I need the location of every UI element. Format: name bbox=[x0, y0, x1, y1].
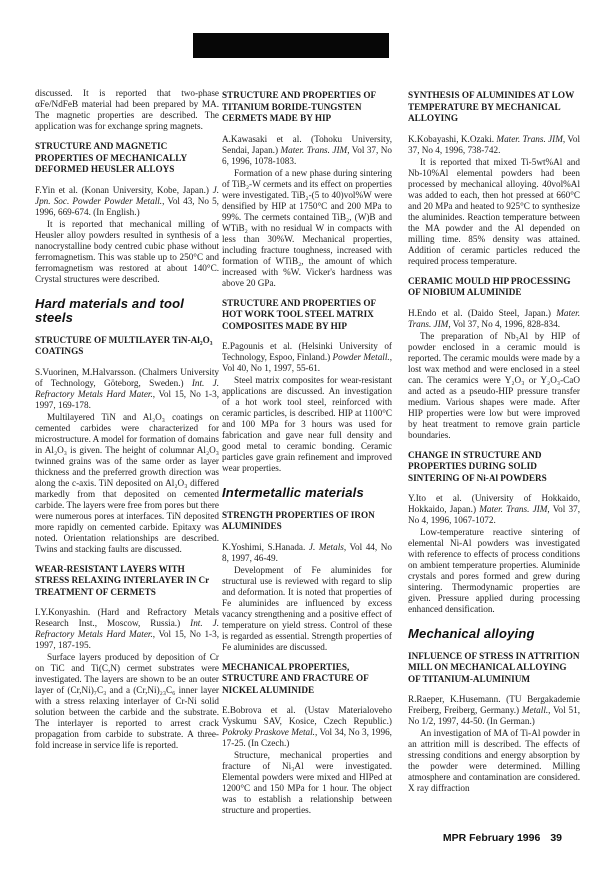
citation-attrition-mill: R.Raeper, K.Husemann. (TU Bergakademie F… bbox=[408, 694, 580, 727]
abstract-paragraph: Formation of a new phase during sinterin… bbox=[222, 168, 392, 289]
citation-journal: Mater. Trans. JIM bbox=[281, 145, 348, 155]
citation-ni-al-powders: Y.Ito et al. (University of Hokkaido, Ho… bbox=[408, 493, 580, 526]
citation-journal: Mater. Trans. JIM bbox=[479, 504, 547, 514]
article-heading-multilayer-coatings: STRUCTURE OF MULTILAYER TiN-Al₂O₃ COATIN… bbox=[35, 335, 219, 358]
article-heading-heusler-alloys: STRUCTURE AND MAGNETIC PROPERTIES OF MEC… bbox=[35, 141, 219, 176]
abstract-paragraph: An investigation of MA of Ti-Al powder i… bbox=[408, 728, 580, 794]
citation-tool-steel-composites: E.Pagounis et al. (Helsinki University o… bbox=[222, 341, 392, 374]
citation-ceramic-mould-hip: H.Endo et al. (Daido Steel, Japan.) Mate… bbox=[408, 308, 580, 330]
citation-journal: Mater. Trans. JIM bbox=[496, 134, 562, 144]
citation-authors: K.Yoshimi, S.Hanada. bbox=[222, 542, 309, 552]
citation-authors: F.Yin et al. (Konan University, Kobe, Ja… bbox=[35, 185, 213, 195]
citation-journal: Metall. bbox=[522, 705, 548, 715]
article-heading-attrition-mill: INFLUENCE OF STRESS IN ATTRITION MILL ON… bbox=[408, 651, 580, 686]
citation-authors: K.Kobayashi, K.Ozaki. bbox=[408, 134, 496, 144]
abstract-paragraph: Development of Fe aluminides for structu… bbox=[222, 565, 392, 653]
citation-nickel-aluminide: E.Bobrova et al. (Ustav Materialoveho Vy… bbox=[222, 705, 392, 749]
section-heading-mechanical-alloying: Mechanical alloying bbox=[408, 627, 580, 642]
footer-page-number: 39 bbox=[550, 832, 562, 844]
citation-iron-aluminides: K.Yoshimi, S.Hanada. J. Metals, Vol 44, … bbox=[222, 542, 392, 564]
article-heading-synthesis-aluminides: SYNTHESIS OF ALUMINIDES AT LOW TEMPERATU… bbox=[408, 90, 580, 125]
article-heading-wear-resistant-layers: WEAR-RESISTANT LAYERS WITH STRESS RELAXI… bbox=[35, 564, 219, 599]
article-heading-ceramic-mould-hip: CERAMIC MOULD HIP PROCESSING OF NIOBIUM … bbox=[408, 276, 580, 299]
article-heading-ni-al-powders: CHANGE IN STRUCTURE AND PROPERTIES DURIN… bbox=[408, 450, 580, 485]
abstract-paragraph: Low-temperature reactive sintering of el… bbox=[408, 527, 580, 615]
article-heading-iron-aluminides: STRENGTH PROPERTIES OF IRON ALUMINIDES bbox=[222, 510, 392, 533]
citation-journal: Pokroky Praskove Metal. bbox=[222, 727, 315, 737]
article-heading-nickel-aluminide: MECHANICAL PROPERTIES, STRUCTURE AND FRA… bbox=[222, 662, 392, 697]
citation-authors: H.Endo et al. (Daido Steel, Japan.) bbox=[408, 308, 556, 318]
article-heading-tool-steel-composites: STRUCTURE AND PROPERTIES OF HOT WORK TOO… bbox=[222, 298, 392, 333]
column-right: SYNTHESIS OF ALUMINIDES AT LOW TEMPERATU… bbox=[408, 88, 580, 836]
abstract-paragraph: Surface layers produced by deposition of… bbox=[35, 652, 219, 751]
column-middle: STRUCTURE AND PROPERTIES OF TITANIUM BOR… bbox=[222, 88, 392, 836]
abstract-paragraph: Steel matrix composites for wear-resista… bbox=[222, 375, 392, 474]
citation-journal: J. Metals bbox=[309, 542, 344, 552]
citation-reference: , Vol 37, No 4, 1996, 828-834. bbox=[448, 319, 560, 329]
abstract-paragraph: It is reported that mixed Ti-5wt%Al and … bbox=[408, 157, 580, 267]
citation-titanium-boride-cermets: A.Kawasaki et al. (Tohoku University, Se… bbox=[222, 134, 392, 167]
redacted-header-bar bbox=[193, 33, 389, 58]
citation-synthesis-aluminides: K.Kobayashi, K.Ozaki. Mater. Trans. JIM,… bbox=[408, 134, 580, 156]
citation-authors: E.Bobrova et al. (Ustav Materialoveho Vy… bbox=[222, 705, 392, 726]
article-heading-titanium-boride-cermets: STRUCTURE AND PROPERTIES OF TITANIUM BOR… bbox=[222, 90, 392, 125]
journal-abstract-page: { "page": { "footer_text": "MPR February… bbox=[0, 0, 600, 880]
intro-continuation-paragraph: discussed. It is reported that two-phase… bbox=[35, 88, 219, 132]
column-left: discussed. It is reported that two-phase… bbox=[35, 88, 219, 836]
abstract-paragraph: The preparation of Nb₃Al by HIP of powde… bbox=[408, 331, 580, 441]
footer-journal-date: MPR February 1996 bbox=[443, 832, 540, 844]
citation-wear-resistant-layers: I.Y.Konyashin. (Hard and Refractory Meta… bbox=[35, 607, 219, 651]
page-footer: MPR February 199639 bbox=[443, 832, 562, 844]
section-heading-hard-materials: Hard materials and tool steels bbox=[35, 297, 219, 326]
abstract-paragraph: Multilayered TiN and Al₂O₃ coatings on c… bbox=[35, 412, 219, 555]
citation-journal: Powder Metall. bbox=[333, 352, 390, 362]
abstract-paragraph: Structure, mechanical properties and fra… bbox=[222, 750, 392, 816]
citation-heusler-alloys: F.Yin et al. (Konan University, Kobe, Ja… bbox=[35, 185, 219, 218]
abstract-paragraph: It is reported that mechanical milling o… bbox=[35, 219, 219, 285]
citation-multilayer-coatings: S.Vuorinen, M.Halvarsson. (Chalmers Univ… bbox=[35, 367, 219, 411]
section-heading-intermetallic-materials: Intermetallic materials bbox=[222, 486, 392, 501]
